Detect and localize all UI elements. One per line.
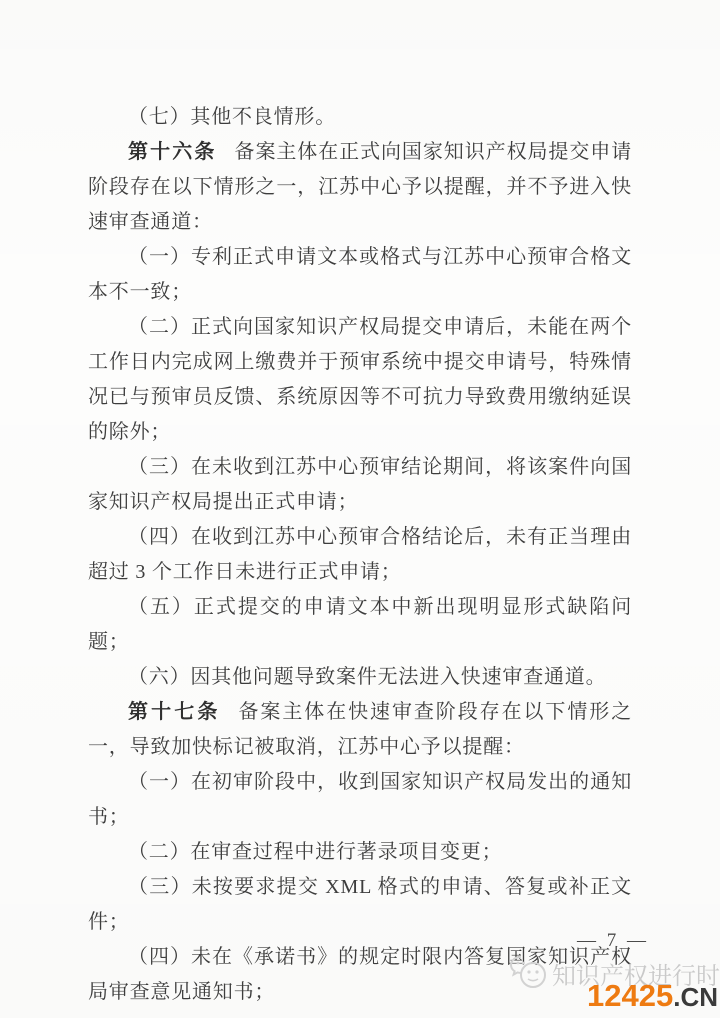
doc-paragraph: （二）正式向国家知识产权局提交申请后，未能在两个工作日内完成网上缴费并于预审系统… (88, 310, 632, 450)
doc-paragraph: （一）在初审阶段中，收到国家知识产权局发出的通知书； (88, 765, 632, 835)
doc-paragraph: （三）在未收到江苏中心预审结论期间，将该案件向国家知识产权局提出正式申请； (88, 450, 632, 520)
paragraph-text: （一）专利正式申请文本或格式与江苏中心预审合格文本不一致； (88, 246, 632, 303)
paragraph-text: （七）其他不良情形。 (128, 106, 336, 128)
paragraph-text: （三）在未收到江苏中心预审结论期间，将该案件向国家知识产权局提出正式申请； (88, 456, 632, 513)
paragraph-text: （五）正式提交的申请文本中新出现明显形式缺陷问题； (88, 596, 632, 653)
doc-paragraph: （三）未按要求提交 XML 格式的申请、答复或补正文件； (88, 870, 632, 940)
paragraph-text: （六）因其他问题导致案件无法进入快速审查通道。 (128, 666, 606, 688)
watermark-site-url: 12425.CN (528, 978, 720, 1014)
doc-paragraph: （六）因其他问题导致案件无法进入快速审查通道。 (88, 660, 632, 695)
doc-paragraph: （一）专利正式申请文本或格式与江苏中心预审合格文本不一致； (88, 240, 632, 310)
page-number: — 7 — (577, 930, 649, 952)
paragraph-text: （二）正式向国家知识产权局提交申请后，未能在两个工作日内完成网上缴费并于预审系统… (88, 316, 632, 443)
site-tld: .CN (673, 982, 718, 1012)
paragraph-text: （四）在收到江苏中心预审合格结论后，未有正当理由超过 3 个工作日未进行正式申请… (88, 526, 632, 583)
watermark: 知识产权进行时 12425.CN (528, 954, 720, 1014)
doc-paragraph: （七）其他不良情形。 (88, 100, 632, 135)
doc-paragraph: （二）在审查过程中进行著录项目变更； (88, 835, 632, 870)
doc-paragraph: 第十七条备案主体在快速审查阶段存在以下情形之一，导致加快标记被取消，江苏中心予以… (88, 695, 632, 765)
scanned-document-page: （七）其他不良情形。 第十六条备案主体在正式向国家知识产权局提交申请阶段存在以下… (0, 0, 720, 1018)
paragraph-text: （三）未按要求提交 XML 格式的申请、答复或补正文件； (88, 876, 632, 933)
paragraph-text: （一）在初审阶段中，收到国家知识产权局发出的通知书； (88, 771, 632, 828)
paragraph-text: （二）在审查过程中进行著录项目变更； (128, 841, 502, 863)
doc-paragraph: 第十六条备案主体在正式向国家知识产权局提交申请阶段存在以下情形之一，江苏中心予以… (88, 135, 632, 240)
article-number: 第十六条 (128, 141, 217, 163)
doc-paragraph: （五）正式提交的申请文本中新出现明显形式缺陷问题； (88, 590, 632, 660)
doc-paragraph: （四）在收到江苏中心预审合格结论后，未有正当理由超过 3 个工作日未进行正式申请… (88, 520, 632, 590)
site-number: 12425 (587, 978, 673, 1013)
document-body: （七）其他不良情形。 第十六条备案主体在正式向国家知识产权局提交申请阶段存在以下… (88, 100, 632, 1010)
article-number: 第十七条 (128, 701, 221, 723)
